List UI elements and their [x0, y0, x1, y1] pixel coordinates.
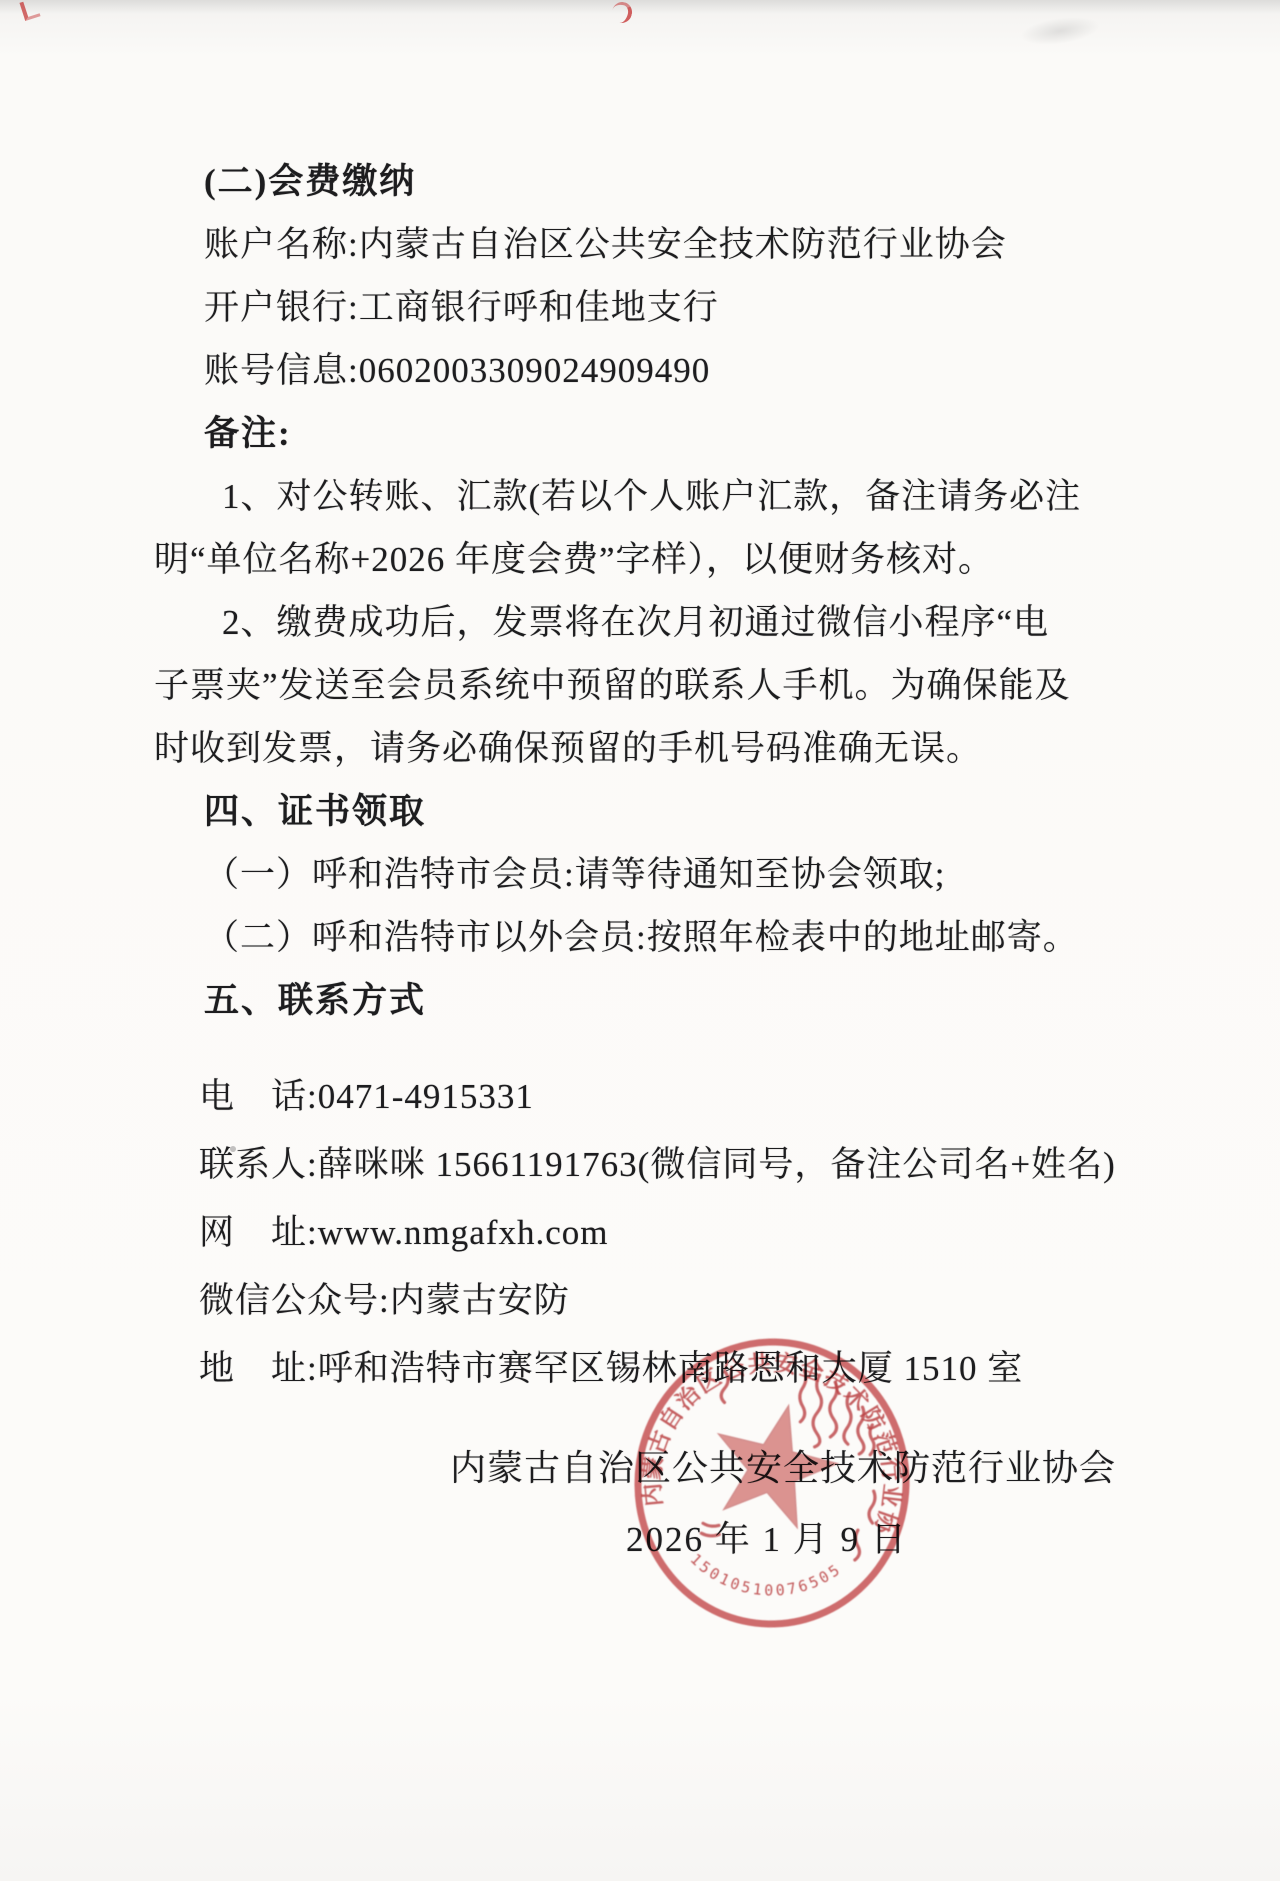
document-line: 2、缴费成功后，发票将在次月初通过微信小程序“电 — [222, 601, 1049, 645]
document-line: 账号信息:0602003309024909490 — [204, 349, 710, 393]
document-line: 账户名称:内蒙古自治区公共安全技术防范行业协会 — [204, 223, 1007, 267]
document-line: 五、联系方式 — [204, 979, 426, 1023]
official-seal: 内蒙古自治区公共安全技术防范行业协会 15010510076505 — [599, 1305, 946, 1661]
document-line: 明“单位名称+2026 年度会费”字样），以便财务核对。 — [154, 538, 994, 582]
scan-artifact-red-mark-center — [610, 0, 634, 25]
document-line: 电 话:0471-4915331 — [199, 1075, 534, 1119]
document-line: （二）呼和浩特市以外会员:按照年检表中的地址邮寄。 — [204, 916, 1079, 960]
document-line: (二)会费缴纳 — [204, 160, 416, 204]
svg-text:15010510076505: 15010510076505 — [685, 1549, 847, 1605]
scan-artifact-red-mark-left — [19, 0, 40, 21]
document-line: 子票夹”发送至会员系统中预留的联系人手机。为确保能及 — [154, 664, 1071, 708]
document-line: 开户银行:工商银行呼和佳地支行 — [204, 286, 719, 330]
document-line: 联系人:薛咪咪 15661191763(微信同号，备注公司名+姓名) — [199, 1143, 1116, 1187]
document-line: 备注: — [204, 412, 292, 456]
document-line: 时收到发票，请务必确保预留的手机号码准确无误。 — [154, 727, 982, 771]
document-line: （一）呼和浩特市会员:请等待通知至协会领取; — [204, 853, 945, 897]
document-line: 微信公众号:内蒙古安防 — [199, 1279, 570, 1323]
document-line: 1、对公转账、汇款(若以个人账户汇款，备注请务必注 — [222, 475, 1081, 519]
document-line: 网 址:www.nmgafxh.com — [199, 1211, 608, 1255]
scan-artifact-smudge — [1019, 13, 1102, 50]
seal-serial-number: 15010510076505 — [685, 1549, 847, 1605]
document-line: 四、证书领取 — [204, 790, 426, 834]
seal-star — [713, 1401, 841, 1530]
document-page: (二)会费缴纳账户名称:内蒙古自治区公共安全技术防范行业协会开户银行:工商银行呼… — [0, 0, 1280, 1881]
